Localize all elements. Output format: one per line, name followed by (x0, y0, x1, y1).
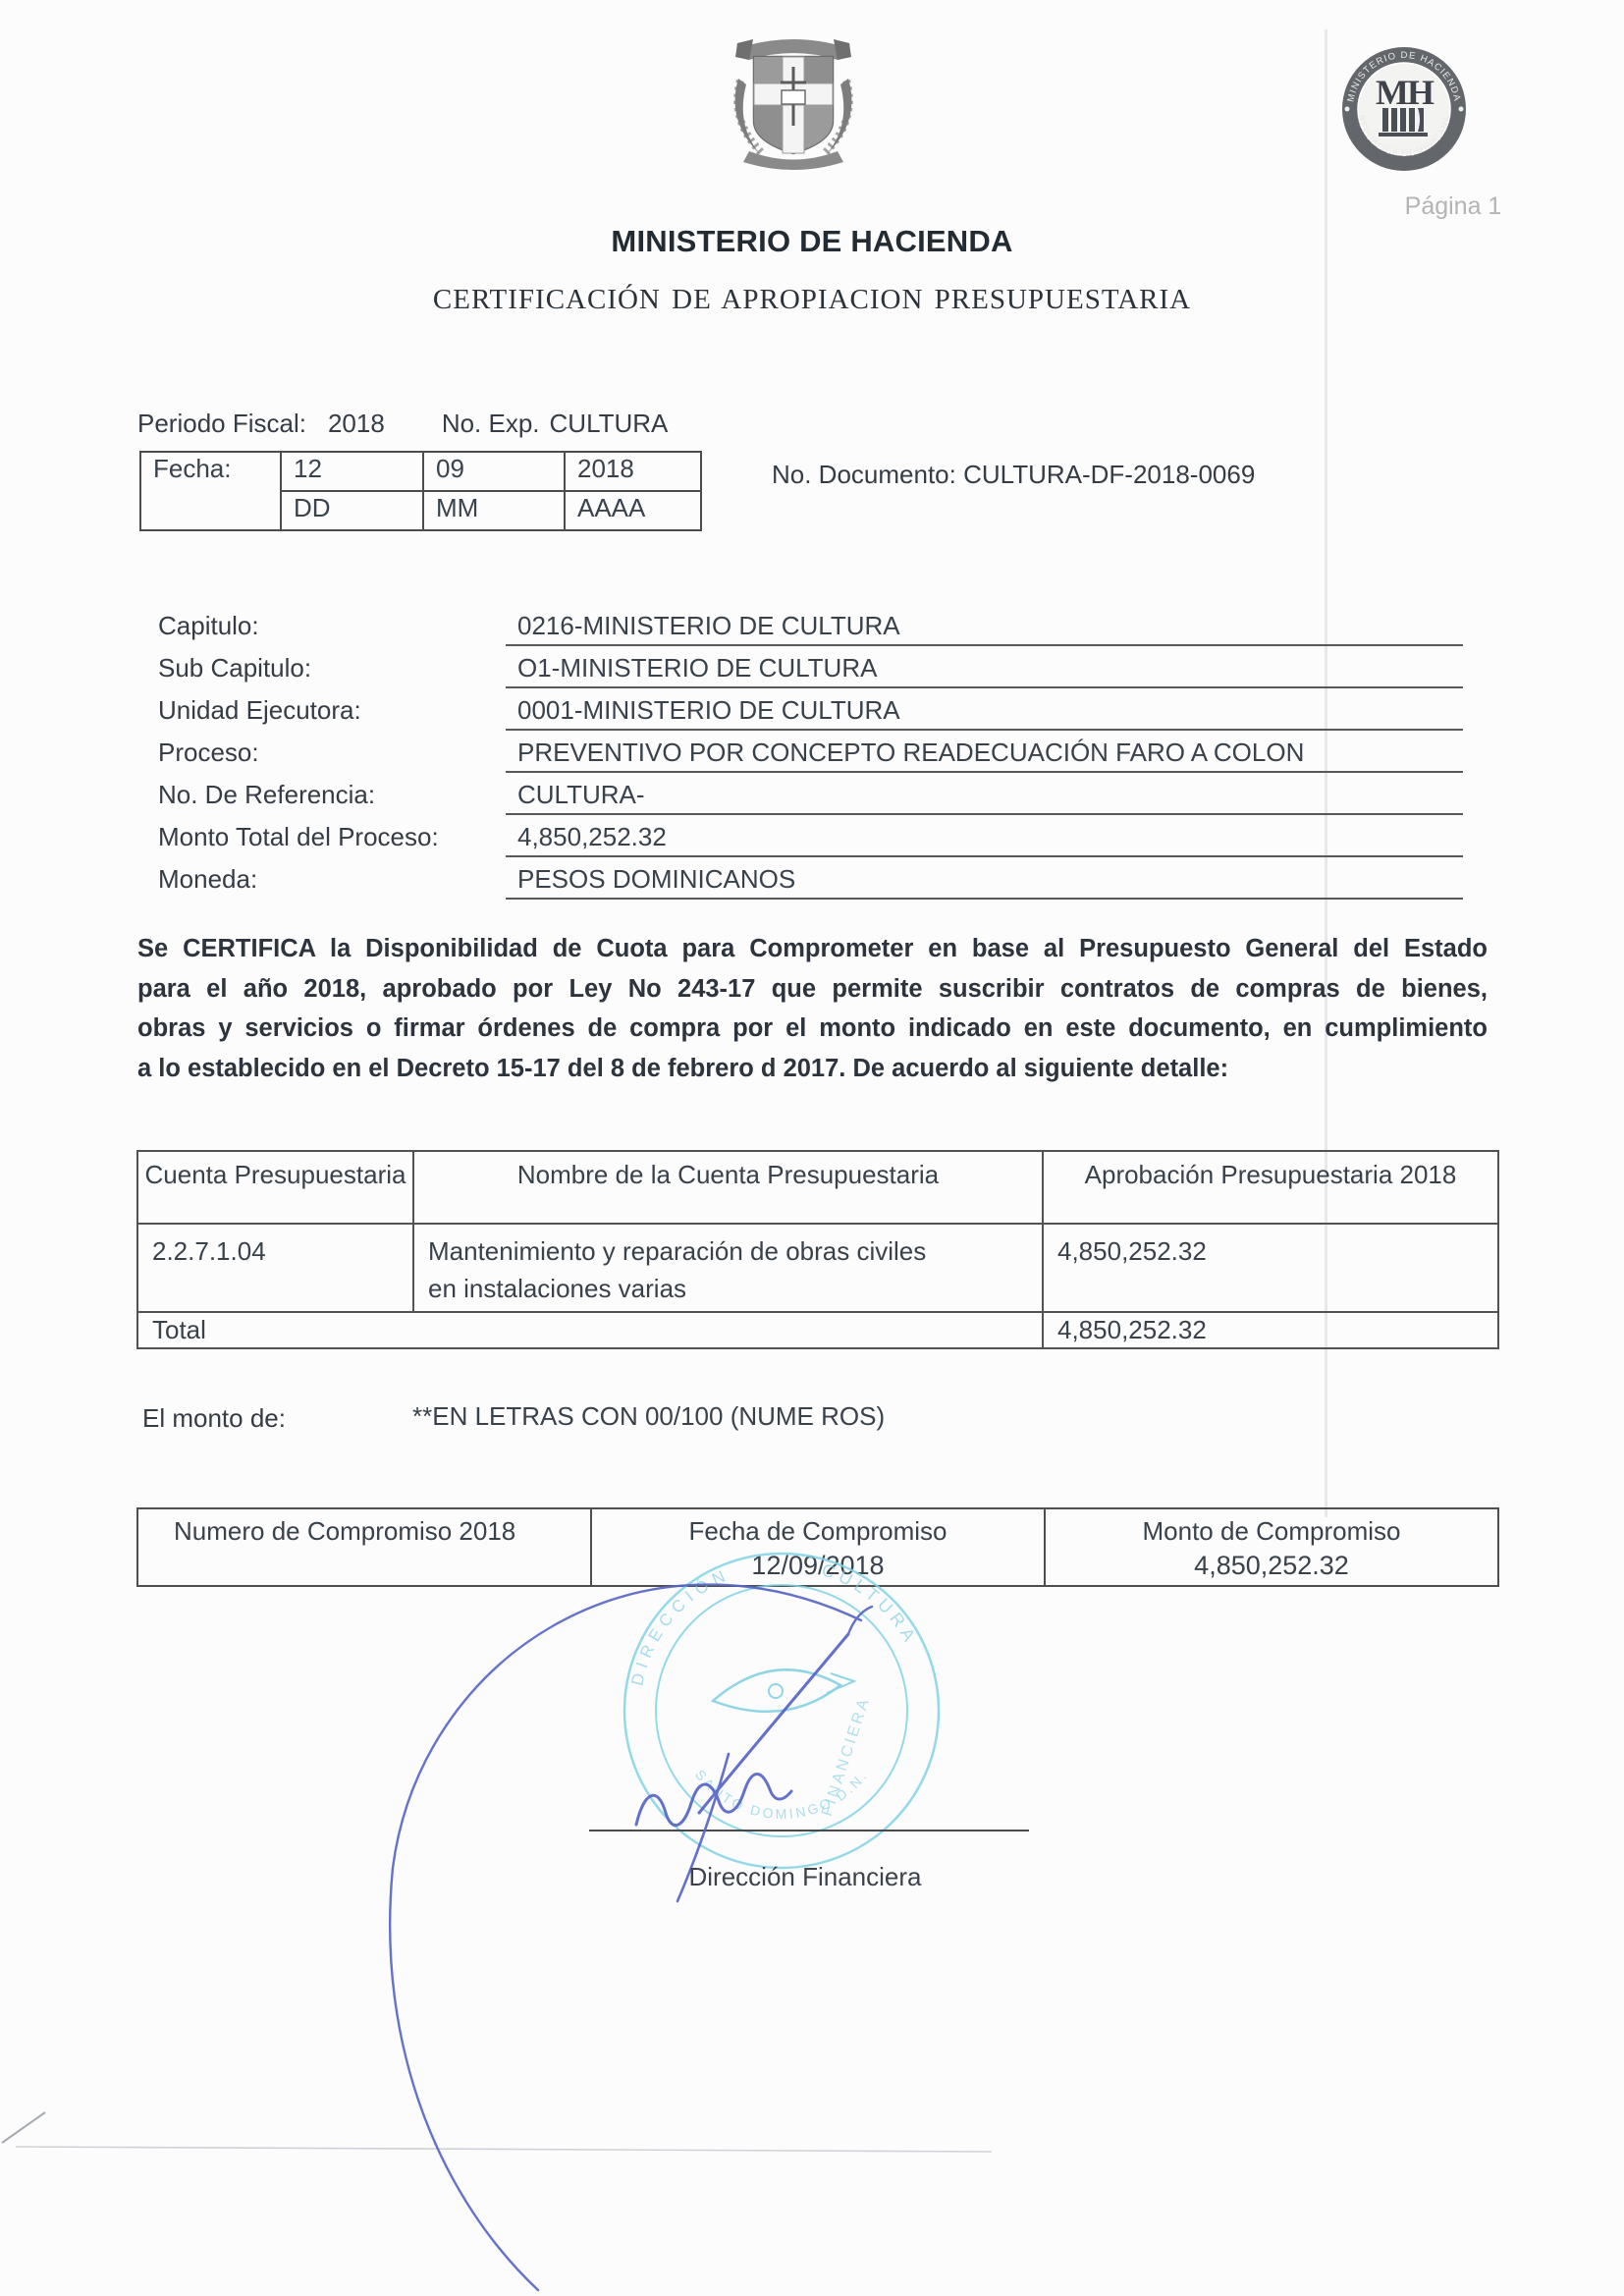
field-row-referencia: No. De Referencia: CULTURA- (137, 780, 1463, 822)
commitment-date-value: 12/09/2018 (602, 1551, 1034, 1581)
field-value: 0001-MINISTERIO DE CULTURA (506, 695, 1463, 731)
field-row-capitulo: Capitulo: 0216-MINISTERIO DE CULTURA (137, 611, 1463, 653)
field-label: Capitulo: (137, 611, 506, 641)
field-value: O1-MINISTERIO DE CULTURA (506, 653, 1463, 688)
document-number-line: No. Documento: CULTURA-DF-2018-0069 (772, 460, 1255, 490)
field-label: Monto Total del Proceso: (137, 822, 506, 852)
handwritten-signature (390, 1585, 872, 2290)
no-exp-value: CULTURA (550, 409, 669, 439)
field-value: 4,850,252.32 (506, 822, 1463, 857)
stamp-diagonal-text: FINANCIERA (819, 1695, 873, 1819)
ministry-title: MINISTERIO DE HACIENDA (0, 224, 1624, 259)
field-label: Proceso: (137, 738, 506, 768)
commitment-date-cell: Fecha de Compromiso 12/09/2018 (591, 1508, 1045, 1586)
fiscal-period-line: Periodo Fiscal:2018No. Exp.CULTURA (137, 409, 668, 439)
header-aprobacion: Aprobación Presupuestaria 2018 (1043, 1151, 1498, 1224)
fold-line-artifact (2, 2112, 45, 2143)
cell-aprobacion: 4,850,252.32 (1043, 1224, 1498, 1312)
paragraph-line: obras y servicios o firmar órdenes de co… (137, 1009, 1488, 1049)
cultura-stamp: DIRECCIÓN CULTURA SANTO DOMINGO D.N. FIN… (624, 1554, 939, 1868)
certification-paragraph: Se CERTIFICA la Disponibilidad de Cuota … (137, 929, 1488, 1088)
stamp-and-signature-art: DIRECCIÓN CULTURA SANTO DOMINGO D.N. FIN… (245, 1512, 1227, 2296)
budget-table: Cuenta Presupuestaria Nombre de la Cuent… (136, 1150, 1499, 1349)
mm-label: MM (423, 491, 565, 530)
paragraph-line: Se CERTIFICA la Disponibilidad de Cuota … (137, 929, 1488, 969)
budget-table-data-row: 2.2.7.1.04 Mantenimiento y reparación de… (137, 1224, 1498, 1312)
cell-nombre-line2: en instalaciones varias (428, 1270, 1030, 1307)
cell-cuenta: 2.2.7.1.04 (137, 1224, 413, 1312)
date-table: Fecha: 12 09 2018 DD MM AAAA (139, 451, 702, 531)
field-value: PREVENTIVO POR CONCEPTO READECUACIÓN FAR… (506, 738, 1463, 773)
field-row-proceso: Proceso: PREVENTIVO POR CONCEPTO READECU… (137, 738, 1463, 780)
commitment-number-cell: Numero de Compromiso 2018 (137, 1508, 591, 1586)
no-documento-label: No. Documento: (772, 460, 956, 489)
budget-table-header-row: Cuenta Presupuestaria Nombre de la Cuent… (137, 1151, 1498, 1224)
field-label: Sub Capitulo: (137, 653, 506, 683)
fold-line-artifact (16, 2147, 992, 2152)
mh-seal-icon: MINISTERIO DE HACIENDA REPÚBLICA DOMINIC… (1338, 43, 1470, 175)
cell-nombre: Mantenimiento y reparación de obras civi… (413, 1224, 1043, 1312)
header-nombre: Nombre de la Cuenta Presupuestaria (413, 1151, 1043, 1224)
amount-words-label: El monto de: (142, 1403, 286, 1434)
commitment-table: Numero de Compromiso 2018 Fecha de Compr… (136, 1507, 1499, 1587)
fecha-label: Fecha: (140, 452, 281, 530)
svg-text:SANTO DOMINGO D.N.: SANTO DOMINGO D.N. (692, 1767, 871, 1822)
no-exp-label: No. Exp. (442, 409, 540, 439)
dd-label: DD (281, 491, 423, 530)
commitment-amount-header: Monto de Compromiso (1056, 1515, 1488, 1547)
fecha-dd-value: 12 (281, 452, 423, 491)
field-row-monto-total: Monto Total del Proceso: 4,850,252.32 (137, 822, 1463, 864)
page-number-label: Página 1 (1355, 192, 1551, 221)
stamp-and-signature (295, 1512, 1178, 2296)
stamp-logo-swoosh (713, 1669, 840, 1712)
scanned-certification-document: MINISTERIO DE HACIENDA REPÚBLICA DOMINIC… (0, 0, 1624, 2296)
fecha-aaaa-value: 2018 (565, 452, 701, 491)
commitment-number-header: Numero de Compromiso 2018 (148, 1515, 580, 1547)
paragraph-line: a lo establecido en el Decreto 15-17 del… (137, 1049, 1488, 1089)
cell-nombre-line1: Mantenimiento y reparación de obras civi… (428, 1232, 1030, 1270)
field-value: PESOS DOMINICANOS (506, 864, 1463, 900)
aaaa-label: AAAA (565, 491, 701, 530)
header-cuenta: Cuenta Presupuestaria (137, 1151, 413, 1224)
commitment-date-header: Fecha de Compromiso (602, 1515, 1034, 1547)
periodo-fiscal-value: 2018 (328, 409, 385, 439)
field-label: Moneda: (137, 864, 506, 895)
field-label: No. De Referencia: (137, 780, 506, 810)
paragraph-line: para el año 2018, aprobado por Ley No 24… (137, 969, 1488, 1010)
field-row-unidad-ejecutora: Unidad Ejecutora: 0001-MINISTERIO DE CUL… (137, 695, 1463, 738)
commitment-amount-cell: Monto de Compromiso 4,850,252.32 (1045, 1508, 1498, 1586)
fecha-mm-value: 09 (423, 452, 565, 491)
field-label: Unidad Ejecutora: (137, 695, 506, 726)
dominican-coat-of-arms-icon (720, 27, 867, 175)
commitment-amount-value: 4,850,252.32 (1056, 1551, 1488, 1581)
periodo-fiscal-label: Periodo Fiscal: (137, 409, 306, 439)
amount-words-value: **EN LETRAS CON 00/100 (NUME ROS) (412, 1401, 885, 1432)
document-title: CERTIFICACIÓN DE APROPIACION PRESUPUESTA… (0, 284, 1624, 316)
mh-monogram: MH (1376, 73, 1435, 112)
no-documento-value: CULTURA-DF-2018-0069 (963, 460, 1255, 489)
total-value: 4,850,252.32 (1043, 1312, 1498, 1348)
signature-title: Dirección Financiera (550, 1862, 1060, 1892)
budget-table-total-row: Total 4,850,252.32 (137, 1312, 1498, 1348)
field-value: CULTURA- (506, 780, 1463, 815)
stamp-arc-bottom-text: SANTO DOMINGO D.N. (692, 1767, 871, 1822)
field-row-sub-capitulo: Sub Capitulo: O1-MINISTERIO DE CULTURA (137, 653, 1463, 695)
field-row-moneda: Moneda: PESOS DOMINICANOS (137, 864, 1463, 906)
total-label: Total (137, 1312, 1043, 1348)
scan-artifacts (0, 0, 1624, 2296)
form-fields: Capitulo: 0216-MINISTERIO DE CULTURA Sub… (137, 611, 1463, 906)
field-value: 0216-MINISTERIO DE CULTURA (506, 611, 1463, 646)
